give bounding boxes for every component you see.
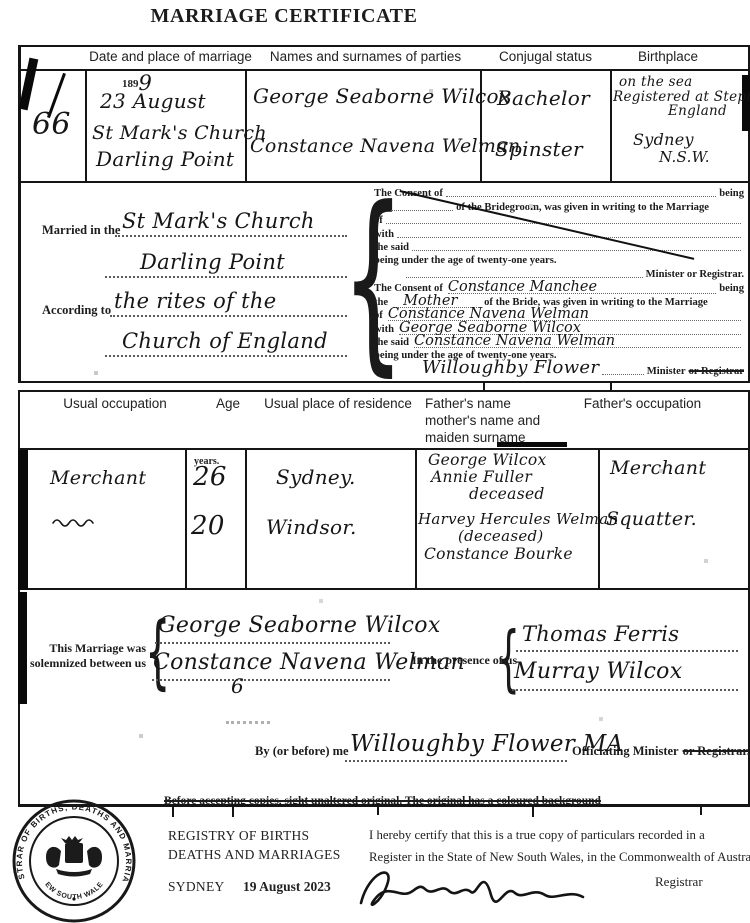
bride-birthplace-1: Sydney bbox=[633, 132, 694, 148]
bride-residence: Windsor. bbox=[266, 517, 357, 537]
marriage-certificate-page: MARRIAGE CERTIFICATE Date and place of m… bbox=[0, 0, 750, 923]
registry-office: SYDNEY bbox=[168, 879, 225, 895]
bride-occupation-mark bbox=[50, 515, 100, 529]
column-tick bbox=[700, 807, 702, 815]
dotted-line bbox=[345, 760, 567, 762]
column-tick bbox=[172, 807, 174, 817]
consent-b-l4a: with bbox=[374, 324, 394, 335]
blank-line bbox=[446, 196, 716, 197]
consent-bride-block: The Consent ofConstance Mancheebeing the… bbox=[374, 281, 744, 377]
blank-line bbox=[412, 250, 741, 251]
consent-bridegroom-block: The Consent ofbeing theof the Bridegroom… bbox=[374, 186, 744, 280]
column-tick bbox=[377, 807, 379, 815]
consent-g-l1b: being bbox=[719, 188, 744, 199]
groom-status: Bachelor bbox=[497, 88, 590, 108]
consent-g-l7: Minister or Registrar. bbox=[646, 269, 744, 280]
particulars-divider-3 bbox=[415, 450, 417, 588]
married-in-label: Married in the bbox=[42, 223, 120, 238]
married-in-value1: St Mark's Church bbox=[122, 211, 315, 232]
according-to-label: According to bbox=[42, 303, 111, 318]
coat-of-arms bbox=[46, 836, 102, 877]
column-header-occupation: Usual occupation bbox=[40, 396, 190, 411]
scan-bar-left-1 bbox=[18, 450, 28, 590]
consent-said-name: Constance Navena Welman bbox=[414, 336, 741, 348]
groom-birthplace-3: England bbox=[668, 105, 727, 119]
stray-ink-mark: 6 bbox=[231, 676, 244, 696]
column-header-conjugal-status: Conjugal status bbox=[488, 49, 603, 64]
consent-g-l3a: of bbox=[374, 215, 383, 226]
officiant-title: Officiating Minister bbox=[572, 744, 679, 759]
scan-bar-left-2 bbox=[18, 592, 27, 704]
column-header-age: Age bbox=[205, 396, 251, 411]
consent-b-l1b: being bbox=[719, 283, 744, 294]
column-header-parents-2: mother's name and bbox=[425, 413, 540, 428]
scan-speckles bbox=[0, 0, 2, 2]
according-to-value1: the rites of the bbox=[114, 291, 276, 312]
column-header-birthplace: Birthplace bbox=[612, 49, 724, 64]
bride-mother-name: Constance Bourke bbox=[424, 547, 573, 563]
bride-parents-note: (deceased) bbox=[458, 529, 544, 544]
bride-father-name: Harvey Hercules Welman bbox=[418, 512, 618, 527]
bride-status: Spinster bbox=[495, 139, 583, 159]
year-printed: 189 bbox=[122, 73, 139, 90]
register-divider-1 bbox=[85, 71, 87, 181]
groom-father-occupation: Merchant bbox=[610, 459, 706, 478]
officiant-label: By (or before) me bbox=[255, 744, 349, 759]
bride-age: 20 bbox=[191, 513, 225, 539]
blank-line bbox=[406, 277, 643, 278]
column-tick bbox=[532, 807, 534, 817]
minister-label: Minister bbox=[647, 366, 686, 377]
groom-signature: George Seaborne Wilcox bbox=[158, 615, 441, 637]
officiant-title-group: Officiating Minister or Registrar. bbox=[572, 744, 750, 759]
consent-b-l2a: the bbox=[374, 297, 388, 308]
bride-name: Constance Navena Welman bbox=[250, 137, 520, 156]
particulars-header-rule bbox=[18, 448, 750, 450]
dotted-line bbox=[105, 276, 347, 278]
groom-birthplace-1: on the sea bbox=[619, 76, 692, 90]
particulars-row-rule bbox=[18, 588, 750, 590]
according-to-value2: Church of England bbox=[122, 331, 328, 352]
solemnized-label-line2: solemnized between us bbox=[26, 656, 146, 671]
certification-line1: I hereby certify that this is a true cop… bbox=[369, 828, 705, 843]
groom-parents-note: deceased bbox=[469, 487, 545, 503]
dotted-line bbox=[516, 650, 738, 652]
column-header-parents-1: Father's name bbox=[425, 396, 511, 411]
entry-number: 66 bbox=[32, 110, 71, 140]
groom-occupation: Merchant bbox=[50, 469, 146, 488]
marriage-place-line2: Darling Point bbox=[96, 149, 234, 169]
minister-consent-signature: Willoughby Flower bbox=[422, 359, 599, 377]
scan-smudge-under-header bbox=[497, 442, 567, 447]
column-header-names: Names and surnames of parties bbox=[258, 49, 473, 64]
bride-father-occupation: Squatter. bbox=[606, 510, 697, 529]
groom-mother-name: Annie Fuller bbox=[431, 470, 532, 486]
blank-line bbox=[391, 210, 453, 211]
dotted-line bbox=[512, 689, 738, 691]
column-tick bbox=[232, 807, 234, 817]
page-title: MARRIAGE CERTIFICATE bbox=[143, 5, 425, 28]
officiant-title-struck: or Registrar. bbox=[683, 744, 750, 759]
solemnized-label-line1: This Marriage was bbox=[30, 641, 146, 656]
bride-birthplace-2: N.S.W. bbox=[659, 150, 710, 165]
dotted-line bbox=[155, 642, 390, 644]
column-header-date-place: Date and place of marriage bbox=[88, 49, 253, 64]
registry-name-line2: DEATHS AND MARRIAGES bbox=[168, 847, 341, 863]
column-header-residence: Usual place of residence bbox=[258, 396, 418, 411]
consent-g-l4a: with bbox=[374, 229, 394, 240]
registrar-label: Registrar bbox=[655, 874, 703, 890]
dotted-line bbox=[152, 679, 390, 681]
marriage-date: 23 August bbox=[100, 91, 206, 111]
consent-b-l5a: the said bbox=[374, 337, 409, 348]
seal-dot bbox=[72, 897, 75, 900]
blank-line bbox=[386, 223, 741, 224]
consent-b-l3a: of bbox=[374, 310, 383, 321]
register-header-rule bbox=[18, 69, 750, 71]
dotted-line bbox=[110, 315, 347, 317]
particulars-divider-1 bbox=[185, 450, 187, 588]
column-header-father-occupation: Father's occupation bbox=[570, 396, 715, 411]
groom-name: George Seaborne Wilcox bbox=[253, 86, 510, 106]
registrar-seal: REGISTRAR OF BIRTHS, DEATHS AND MARRIAGE… bbox=[8, 797, 140, 923]
registry-name-line1: REGISTRY OF BIRTHS bbox=[168, 828, 309, 844]
groom-father-name: George Wilcox bbox=[428, 453, 547, 469]
dotted-line bbox=[105, 355, 347, 357]
married-in-value2: Darling Point bbox=[140, 252, 285, 273]
register-divider-4 bbox=[610, 71, 612, 181]
minister-label-struck: or Registrar bbox=[689, 366, 744, 377]
witness2-signature: Murray Wilcox bbox=[514, 661, 682, 683]
groom-residence: Sydney. bbox=[276, 467, 356, 487]
dotted-line bbox=[115, 235, 347, 237]
registrar-signature bbox=[345, 857, 625, 921]
blank-line bbox=[397, 237, 741, 238]
groom-age: 26 bbox=[193, 464, 227, 490]
consent-g-l5a: the said bbox=[374, 242, 409, 253]
consent-g-l6: being under the age of twenty-one years. bbox=[374, 255, 557, 266]
consent-g-l2a: the bbox=[374, 202, 388, 213]
particulars-divider-2 bbox=[245, 450, 247, 588]
marriage-place-line1: St Mark's Church bbox=[92, 124, 267, 143]
blank-line bbox=[602, 374, 643, 375]
witness1-signature: Thomas Ferris bbox=[522, 624, 679, 645]
scan-smudge bbox=[226, 721, 270, 724]
consenter-name: Constance Manchee bbox=[448, 282, 716, 294]
issue-date: 19 August 2023 bbox=[243, 879, 331, 895]
